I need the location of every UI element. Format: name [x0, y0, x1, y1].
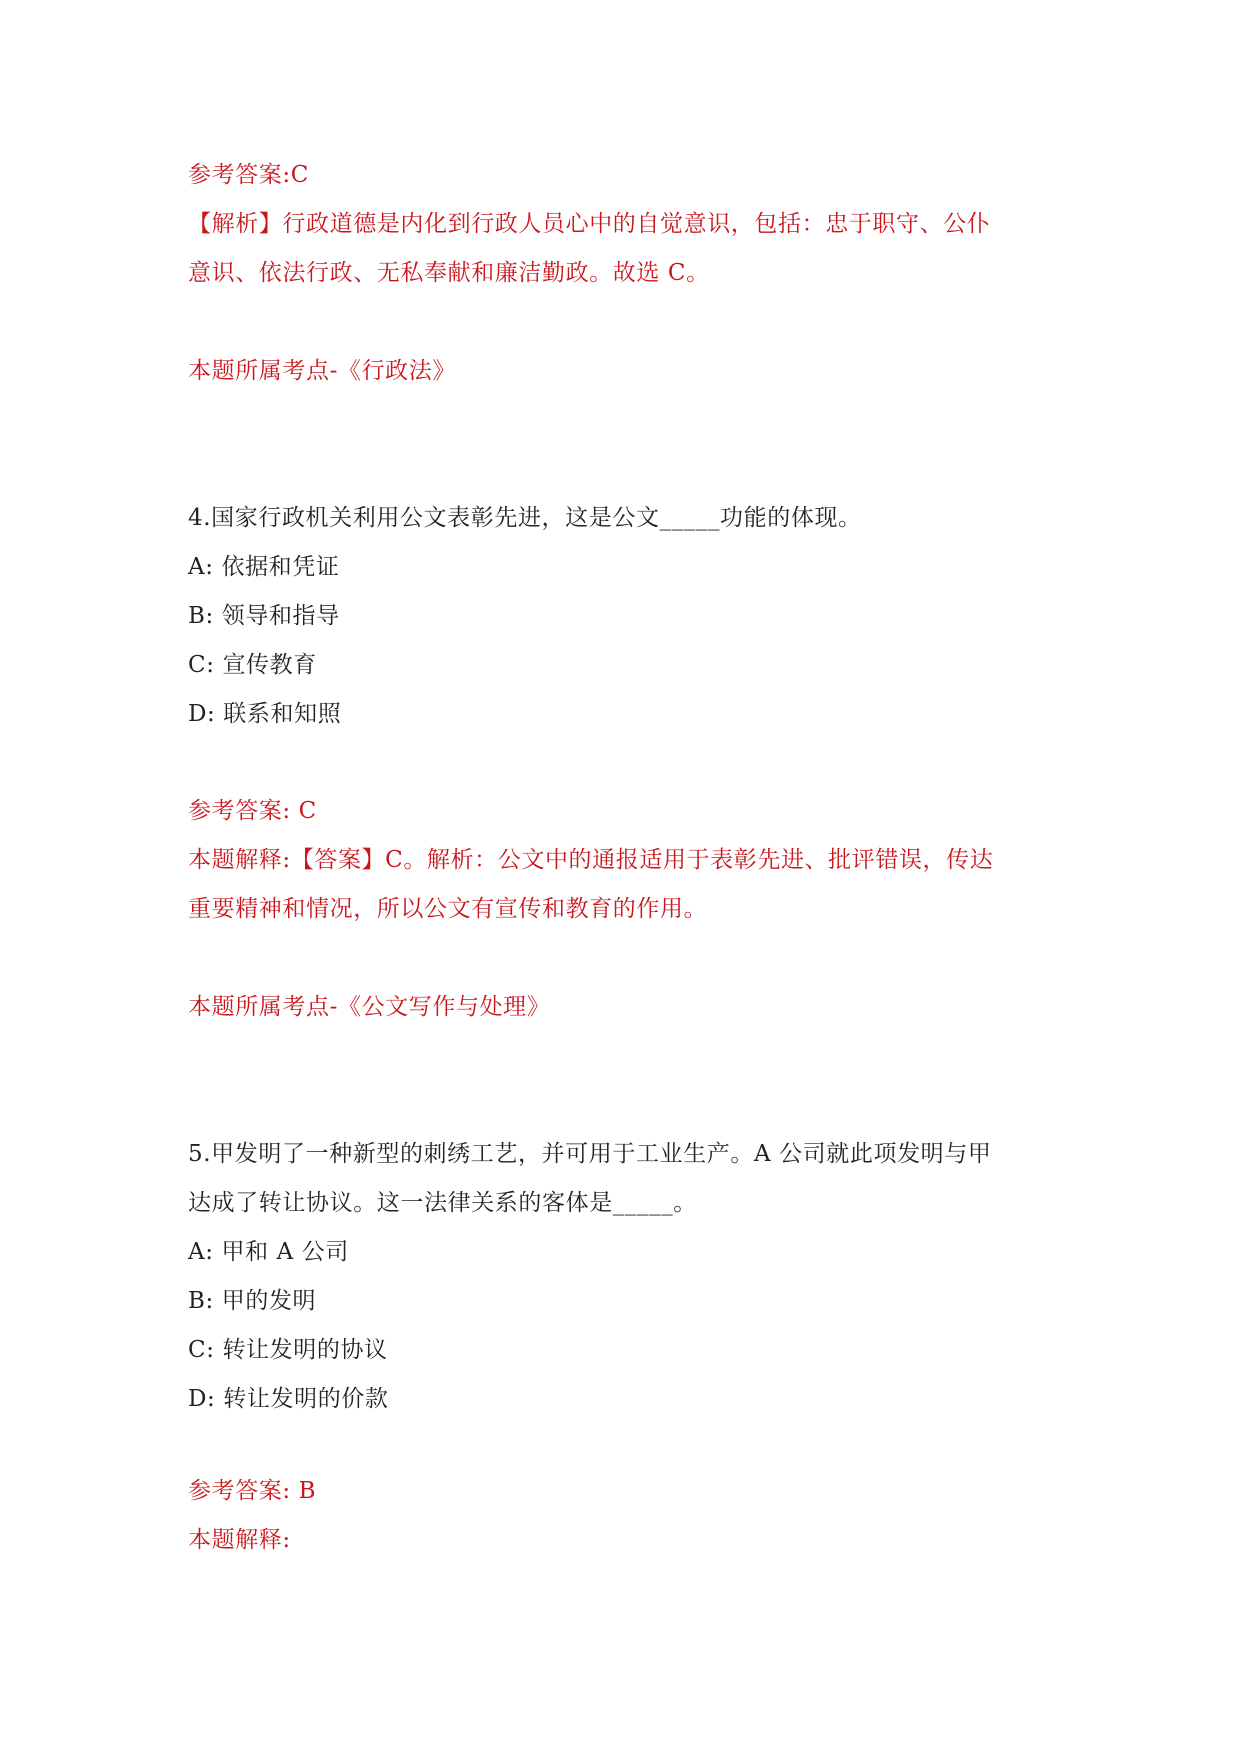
q4-topic: 本题所属考点-《公文写作与处理》	[188, 992, 550, 1022]
q4-option-b: B: 领导和指导	[188, 601, 340, 631]
q3-analysis-line-1: 【解析】行政道德是内化到行政人员心中的自觉意识，包括：忠于职守、公仆	[188, 209, 990, 239]
q4-option-d: D: 联系和知照	[188, 699, 341, 729]
q4-option-a: A: 依据和凭证	[188, 552, 339, 582]
q5-question-line-1: 5.甲发明了一种新型的刺绣工艺，并可用于工业生产。A 公司就此项发明与甲	[188, 1139, 991, 1169]
q3-answer: 参考答案:C	[188, 160, 309, 190]
q5-question-line-2: 达成了转让协议。这一法律关系的客体是_____。	[188, 1188, 697, 1218]
q4-option-c: C: 宣传教育	[188, 650, 317, 680]
q5-option-c: C: 转让发明的协议	[188, 1335, 388, 1365]
q4-answer: 参考答案: C	[188, 796, 317, 826]
q4-question: 4.国家行政机关利用公文表彰先进，这是公文_____功能的体现。	[188, 503, 862, 533]
q5-explanation: 本题解释:	[188, 1525, 291, 1555]
document-page: 参考答案:C 【解析】行政道德是内化到行政人员心中的自觉意识，包括：忠于职守、公…	[0, 0, 1240, 1753]
q4-explanation-line-2: 重要精神和情况，所以公文有宣传和教育的作用。	[188, 894, 707, 924]
q5-answer: 参考答案: B	[188, 1476, 316, 1506]
q5-option-d: D: 转让发明的价款	[188, 1384, 389, 1414]
q3-topic: 本题所属考点-《行政法》	[188, 356, 456, 386]
q5-option-a: A: 甲和 A 公司	[188, 1237, 349, 1267]
q5-option-b: B: 甲的发明	[188, 1286, 316, 1316]
q3-analysis-line-2: 意识、依法行政、无私奉献和廉洁勤政。故选 C。	[188, 258, 710, 288]
q4-explanation-line-1: 本题解释:【答案】C。解析：公文中的通报适用于表彰先进、批评错误，传达	[188, 845, 993, 875]
